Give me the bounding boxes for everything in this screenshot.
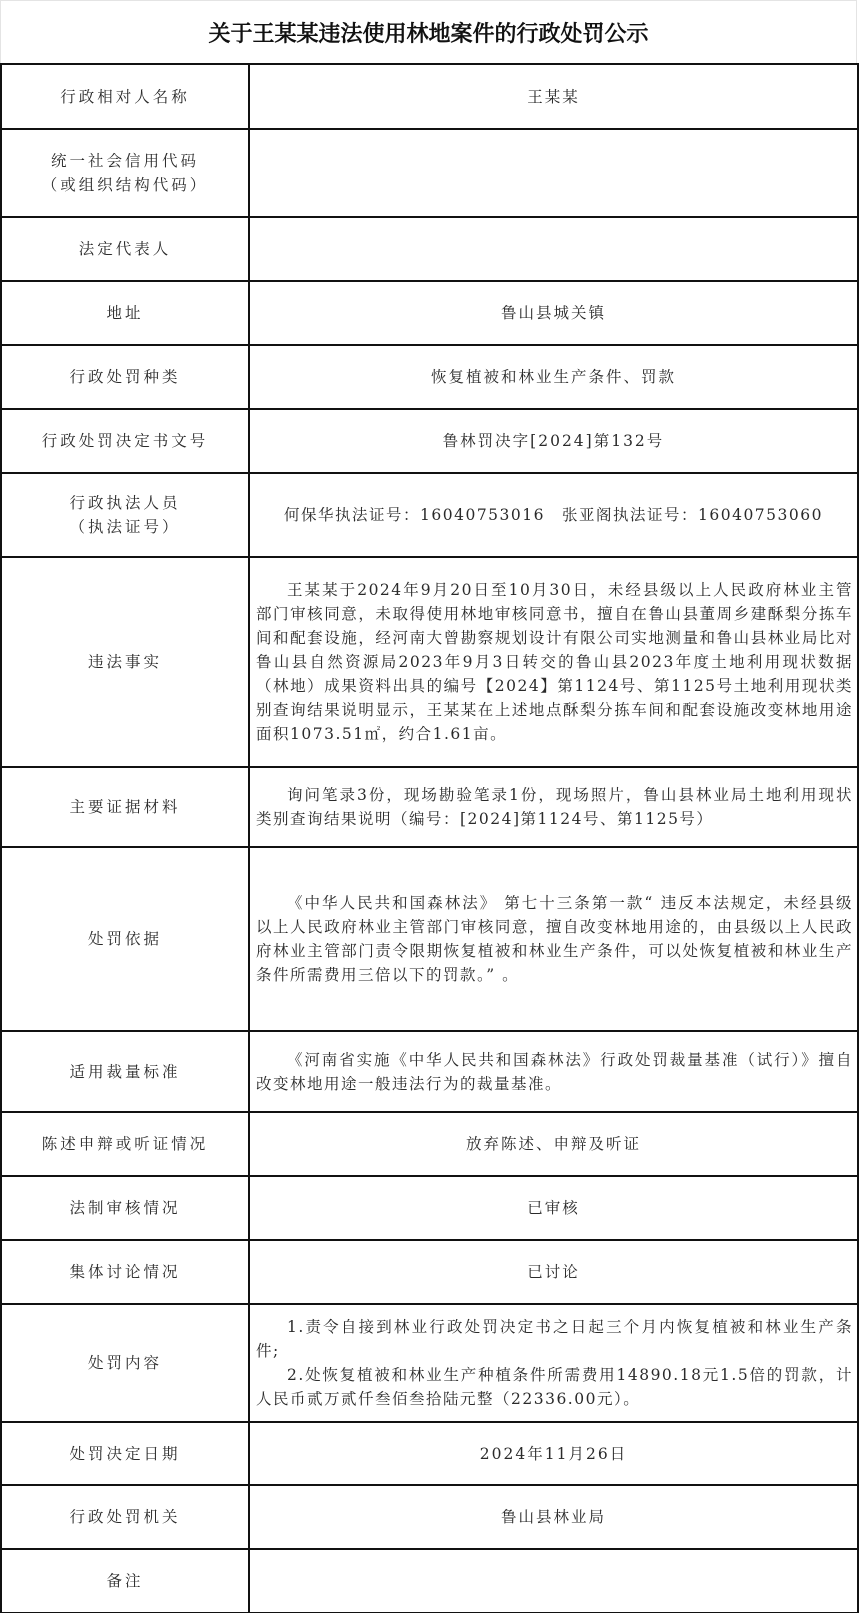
table-row-collective-discussion: 集体讨论情况 已讨论 [1,1240,858,1304]
row-label: 处罚依据 [1,847,249,1031]
table-row-enforcement-officers: 行政执法人员 （执法证号） 何保华执法证号：16040753016 张亚阁执法证… [1,473,858,557]
table-row-authority: 行政处罚机关 鲁山县林业局 [1,1485,858,1549]
row-value: 鲁山县林业局 [249,1485,858,1549]
row-label: 陈述申辩或听证情况 [1,1112,249,1176]
row-value: 已审核 [249,1176,858,1240]
row-label: 行政相对人名称 [1,64,249,129]
table-row-discretion-standard: 适用裁量标准 《河南省实施《中华人民共和国森林法》行政处罚裁量基准（试行）》擅自… [1,1031,858,1112]
row-value: 2024年11月26日 [249,1422,858,1485]
table-row-penalty-type: 行政处罚种类 恢复植被和林业生产条件、罚款 [1,345,858,409]
row-value: 放弃陈述、申辩及听证 [249,1112,858,1176]
row-label: 行政处罚决定书文号 [1,409,249,473]
row-label-line: （或组织结构代码） [2,173,248,197]
table-row-legal-rep: 法定代表人 [1,217,858,281]
row-label: 法制审核情况 [1,1176,249,1240]
table-row-legal-review: 法制审核情况 已审核 [1,1176,858,1240]
row-value: 已讨论 [249,1240,858,1304]
row-value: 《中华人民共和国森林法》 第七十三条第一款“ 违反本法规定，未经县级以上人民政府… [249,847,858,1031]
row-value: 《河南省实施《中华人民共和国森林法》行政处罚裁量基准（试行）》擅自改变林地用途一… [249,1031,858,1112]
row-value: 鲁林罚决字[2024]第132号 [249,409,858,473]
row-value: 王某某 [249,64,858,129]
row-value [249,217,858,281]
row-label-line: 统一社会信用代码 [2,149,248,173]
row-label: 违法事实 [1,557,249,767]
table-row-violation-facts: 违法事实 王某某于2024年9月20日至10月30日，未经县级以上人民政府林业主… [1,557,858,767]
row-paragraph: 询问笔录3份，现场勘验笔录1份，现场照片，鲁山县林业局土地利用现状类别查询结果说… [256,783,853,831]
penalty-item: 2.处恢复植被和林业生产种植条件所需费用14890.18元1.5倍的罚款，计人民… [256,1363,853,1411]
row-value: 1.责令自接到林业行政处罚决定书之日起三个月内恢复植被和林业生产条件; 2.处恢… [249,1304,858,1422]
penalty-item: 1.责令自接到林业行政处罚决定书之日起三个月内恢复植被和林业生产条件; [256,1315,853,1363]
row-paragraph: 王某某于2024年9月20日至10月30日，未经县级以上人民政府林业主管部门审核… [256,578,853,746]
row-label: 主要证据材料 [1,767,249,847]
table-row-evidence: 主要证据材料 询问笔录3份，现场勘验笔录1份，现场照片，鲁山县林业局土地利用现状… [1,767,858,847]
row-value: 鲁山县城关镇 [249,281,858,345]
table-row-address: 地址 鲁山县城关镇 [1,281,858,345]
table-row-decision-number: 行政处罚决定书文号 鲁林罚决字[2024]第132号 [1,409,858,473]
row-value: 询问笔录3份，现场勘验笔录1份，现场照片，鲁山县林业局土地利用现状类别查询结果说… [249,767,858,847]
row-value: 何保华执法证号：16040753016 张亚阁执法证号：16040753060 [249,473,858,557]
row-label: 法定代表人 [1,217,249,281]
row-label-line: 行政执法人员 [2,491,248,515]
row-value [249,1549,858,1613]
row-label-line: （执法证号） [2,515,248,539]
row-label: 统一社会信用代码 （或组织结构代码） [1,129,249,217]
notice-title: 关于王某某违法使用林地案件的行政处罚公示 [208,17,648,48]
row-label: 行政执法人员 （执法证号） [1,473,249,557]
penalty-notice-table: 行政相对人名称 王某某 统一社会信用代码 （或组织结构代码） 法定代表人 地址 … [0,63,859,1613]
row-value: 王某某于2024年9月20日至10月30日，未经县级以上人民政府林业主管部门审核… [249,557,858,767]
table-row-hearing: 陈述申辩或听证情况 放弃陈述、申辩及听证 [1,1112,858,1176]
table-row-decision-date: 处罚决定日期 2024年11月26日 [1,1422,858,1485]
table-row-credit-code: 统一社会信用代码 （或组织结构代码） [1,129,858,217]
row-value: 恢复植被和林业生产条件、罚款 [249,345,858,409]
table-row-party-name: 行政相对人名称 王某某 [1,64,858,129]
row-label: 行政处罚种类 [1,345,249,409]
row-value [249,129,858,217]
row-label: 行政处罚机关 [1,1485,249,1549]
row-paragraph: 《河南省实施《中华人民共和国森林法》行政处罚裁量基准（试行）》擅自改变林地用途一… [256,1048,853,1096]
notice-title-box: 关于王某某违法使用林地案件的行政处罚公示 [0,0,857,63]
row-label: 地址 [1,281,249,345]
row-label: 处罚内容 [1,1304,249,1422]
row-paragraph: 《中华人民共和国森林法》 第七十三条第一款“ 违反本法规定，未经县级以上人民政府… [256,891,853,987]
row-label: 集体讨论情况 [1,1240,249,1304]
row-label: 处罚决定日期 [1,1422,249,1485]
table-row-penalty-content: 处罚内容 1.责令自接到林业行政处罚决定书之日起三个月内恢复植被和林业生产条件;… [1,1304,858,1422]
table-row-legal-basis: 处罚依据 《中华人民共和国森林法》 第七十三条第一款“ 违反本法规定，未经县级以… [1,847,858,1031]
row-label: 适用裁量标准 [1,1031,249,1112]
table-row-remarks: 备注 [1,1549,858,1613]
row-label: 备注 [1,1549,249,1613]
